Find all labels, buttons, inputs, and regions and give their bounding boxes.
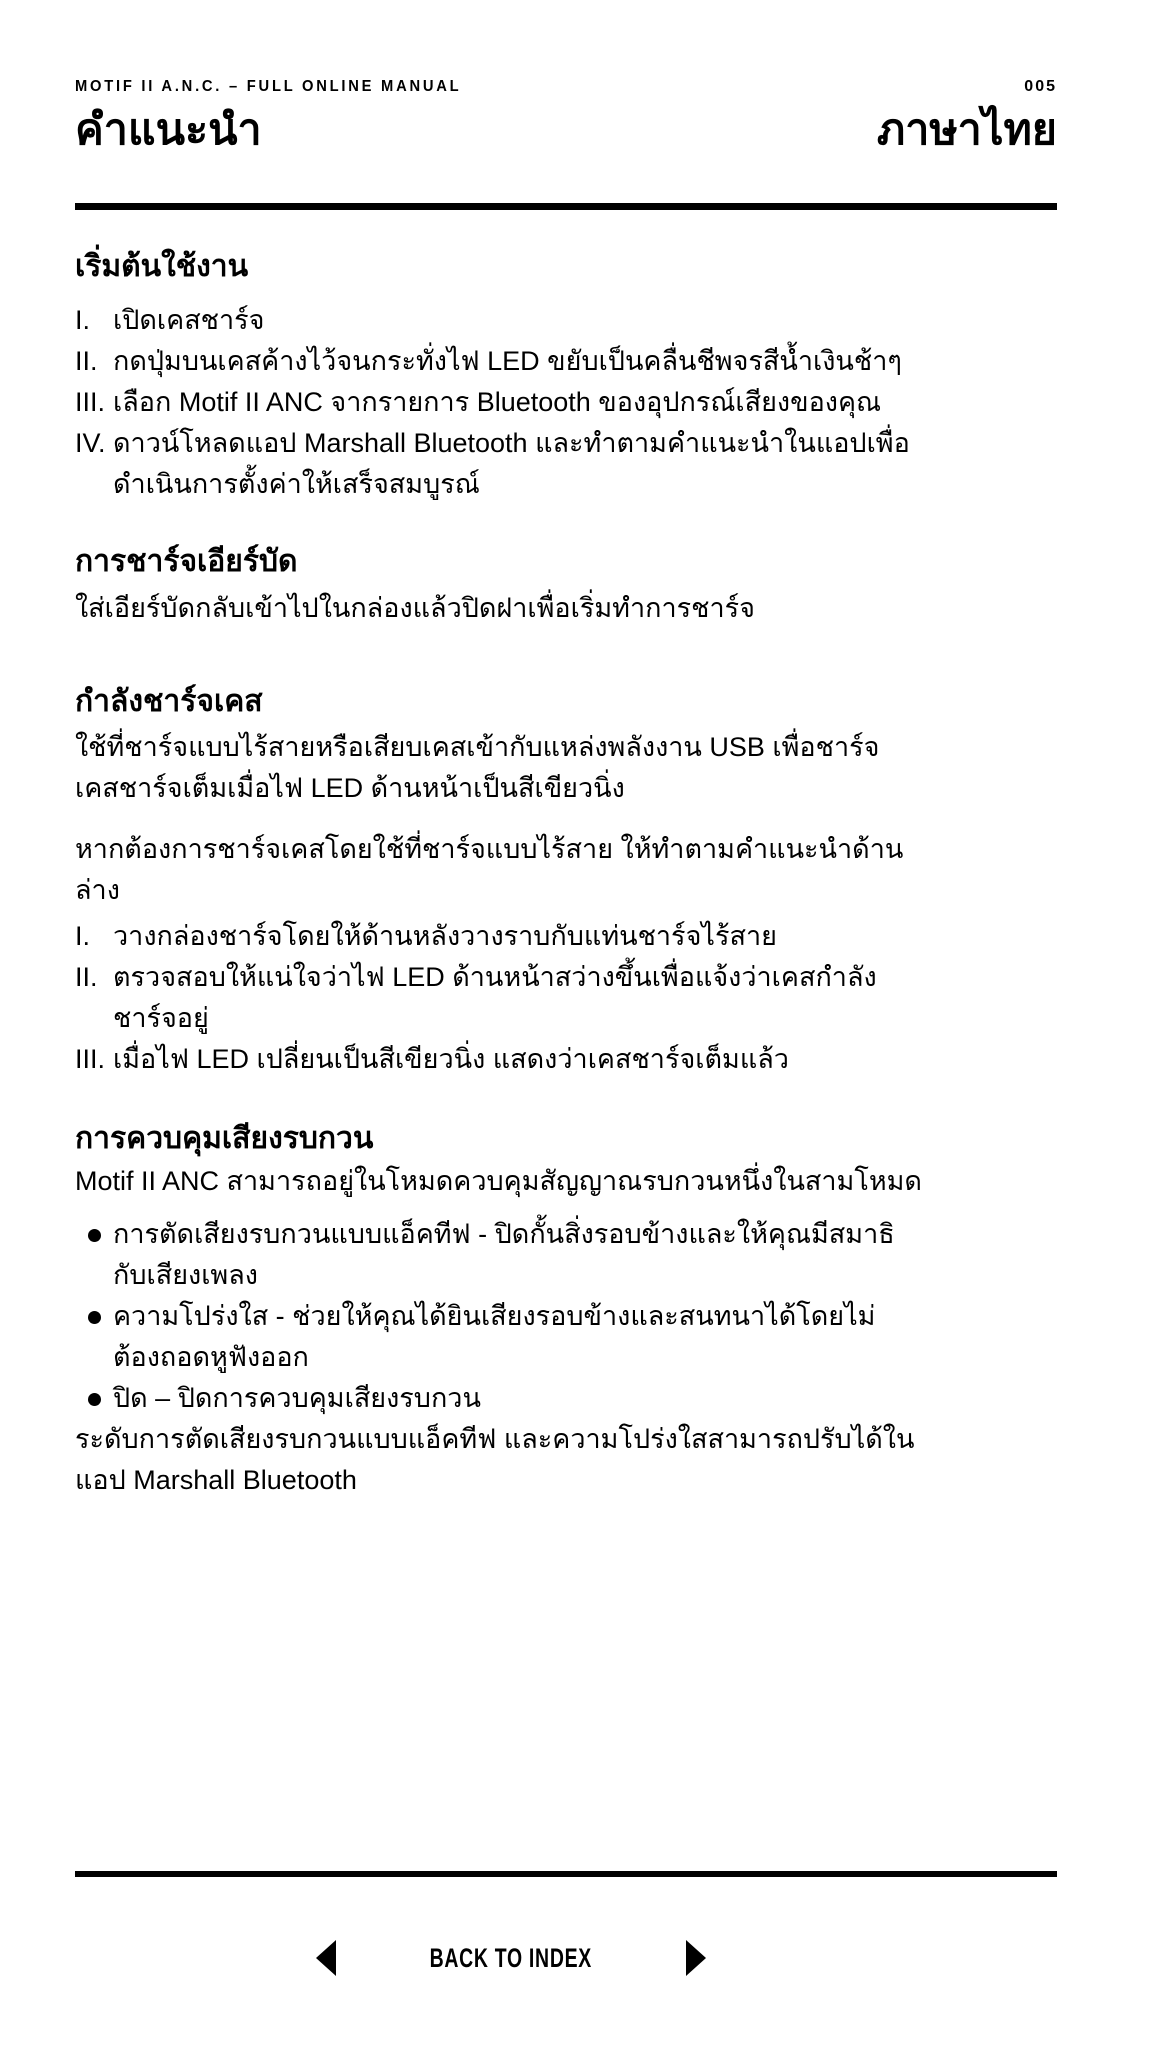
page-title: คำแนะนำ — [75, 102, 262, 158]
wireless-charging-list: I. วางกล่องชาร์จโดยให้ด้านหลังวางราบกับแ… — [75, 916, 1057, 1080]
page-number: 005 — [1024, 78, 1057, 96]
bullet-item-text: ปิด – ปิดการควบคุมเสียงรบกวน — [113, 1378, 481, 1419]
list-item-text: เมื่อไฟ LED เปลี่ยนเป็นสีเขียวนิ่ง แสดงว… — [113, 1039, 1057, 1080]
list-item-text: กดปุ่มบนเคสค้างไว้จนกระทั่งไฟ LED ขยับเป… — [113, 341, 1057, 382]
footer-divider — [75, 1871, 1057, 1877]
paragraph: ใช้ที่ชาร์จแบบไร้สายหรือเสียบเคสเข้ากับแ… — [75, 727, 1057, 809]
document-title: MOTIF II A.N.C. – FULL ONLINE MANUAL — [75, 78, 461, 96]
bullet-item-text: ความโปร่งใส - ช่วยให้คุณได้ยินเสียงรอบข้… — [113, 1296, 875, 1378]
getting-started-list: I. เปิดเคสชาร์จ II. กดปุ่มบนเคสค้างไว้จน… — [75, 300, 1057, 505]
previous-page-icon[interactable] — [316, 1940, 336, 1976]
list-item: II. ตรวจสอบให้แน่ใจว่าไฟ LED ด้านหน้าสว่… — [75, 957, 1057, 1039]
list-numeral: IV. — [75, 423, 113, 464]
running-header: MOTIF II A.N.C. – FULL ONLINE MANUAL 005 — [75, 78, 1057, 96]
list-item: I. วางกล่องชาร์จโดยให้ด้านหลังวางราบกับแ… — [75, 916, 1057, 957]
back-to-index-button[interactable]: BACK TO INDEX — [430, 1943, 592, 1974]
noise-control-bullet-list: การตัดเสียงรบกวนแบบแอ็คทีฟ - ปิดกั้นสิ่ง… — [75, 1214, 1057, 1419]
next-page-icon[interactable] — [686, 1940, 706, 1976]
list-item: III. เลือก Motif II ANC จากรายการ Blueto… — [75, 382, 1057, 423]
list-item-text: ดาวน์โหลดแอป Marshall Bluetooth และทำตาม… — [113, 423, 1057, 505]
paragraph: ระดับการตัดเสียงรบกวนแบบแอ็คทีฟ และความโ… — [75, 1419, 1057, 1501]
list-numeral: III. — [75, 382, 113, 423]
title-bar: คำแนะนำ ภาษาไทย — [75, 102, 1057, 158]
paragraph: Motif II ANC สามารถอยู่ในโหมดควบคุมสัญญา… — [75, 1161, 1057, 1202]
list-numeral: III. — [75, 1039, 113, 1080]
paragraph: หากต้องการชาร์จเคสโดยใช้ที่ชาร์จแบบไร้สา… — [75, 829, 1057, 911]
bullet-item-text: การตัดเสียงรบกวนแบบแอ็คทีฟ - ปิดกั้นสิ่ง… — [113, 1214, 895, 1296]
section-heading-noise-control: การควบคุมเสียงรบกวน — [75, 1116, 1057, 1162]
list-item: IV. ดาวน์โหลดแอป Marshall Bluetooth และท… — [75, 423, 1057, 505]
list-item-text: ตรวจสอบให้แน่ใจว่าไฟ LED ด้านหน้าสว่างขึ… — [113, 957, 1057, 1039]
section-heading-charging-earbuds: การชาร์จเอียร์บัด — [75, 539, 1057, 585]
bullet-icon — [75, 1214, 113, 1242]
bullet-item: ปิด – ปิดการควบคุมเสียงรบกวน — [75, 1378, 1057, 1419]
list-item-text: เลือก Motif II ANC จากรายการ Bluetooth ข… — [113, 382, 1057, 423]
list-numeral: II. — [75, 341, 113, 382]
bullet-item: การตัดเสียงรบกวนแบบแอ็คทีฟ - ปิดกั้นสิ่ง… — [75, 1214, 1057, 1296]
manual-page: MOTIF II A.N.C. – FULL ONLINE MANUAL 005… — [0, 0, 1158, 2058]
list-numeral: II. — [75, 957, 113, 998]
list-numeral: I. — [75, 300, 113, 341]
language-label: ภาษาไทย — [877, 102, 1057, 158]
bullet-icon — [75, 1378, 113, 1406]
bullet-item: ความโปร่งใส - ช่วยให้คุณได้ยินเสียงรอบข้… — [75, 1296, 1057, 1378]
header-divider — [75, 203, 1057, 210]
list-item-text: วางกล่องชาร์จโดยให้ด้านหลังวางราบกับแท่น… — [113, 916, 1057, 957]
list-item: I. เปิดเคสชาร์จ — [75, 300, 1057, 341]
back-to-index-nav: BACK TO INDEX — [0, 1934, 1022, 1982]
paragraph: ใส่เอียร์บัดกลับเข้าไปในกล่องแล้วปิดฝาเพ… — [75, 588, 1057, 629]
list-item: II. กดปุ่มบนเคสค้างไว้จนกระทั่งไฟ LED ขย… — [75, 341, 1057, 382]
bullet-icon — [75, 1296, 113, 1324]
list-item: III. เมื่อไฟ LED เปลี่ยนเป็นสีเขียวนิ่ง … — [75, 1039, 1057, 1080]
section-heading-charging-case: กำลังชาร์จเคส — [75, 679, 1057, 725]
section-heading-getting-started: เริ่มต้นใช้งาน — [75, 244, 1057, 290]
list-item-text: เปิดเคสชาร์จ — [113, 300, 1057, 341]
list-numeral: I. — [75, 916, 113, 957]
